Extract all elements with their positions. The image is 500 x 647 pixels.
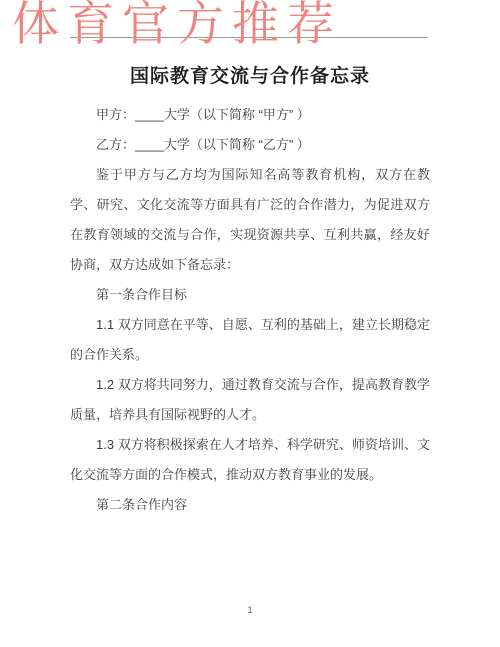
paragraph-preamble: 鉴于甲方与乙方均为国际知名高等教育机构，双方在教学、研究、文化交流等方面具有广泛… (70, 160, 430, 280)
watermark-text: 体育官方推荐 (12, 2, 342, 49)
heading-article-1: 第一条合作目标 (70, 280, 430, 310)
document-title: 国际教育交流与合作备忘录 (0, 61, 500, 88)
document-page: 体育官方推荐 国际教育交流与合作备忘录 甲方：____大学（以下简称 “甲方” … (0, 0, 500, 647)
clause-1-1: 1.1 双方同意在平等、自愿、互利的基础上，建立长期稳定的合作关系。 (70, 310, 430, 370)
paragraph-party-b: 乙方：____大学（以下简称 “乙方” ） (70, 130, 430, 160)
document-body: 甲方：____大学（以下简称 “甲方” ） 乙方：____大学（以下简称 “乙方… (70, 100, 430, 520)
clause-1-3: 1.3 双方将积极探索在人才培养、科学研究、师资培训、文化交流等方面的合作模式，… (70, 430, 430, 490)
paragraph-party-a: 甲方：____大学（以下简称 “甲方” ） (70, 100, 430, 130)
page-number: 1 (0, 605, 500, 615)
heading-article-2: 第二条合作内容 (70, 490, 430, 520)
clause-1-2: 1.2 双方将共同努力，通过教育交流与合作，提高教育教学质量，培养具有国际视野的… (70, 370, 430, 430)
